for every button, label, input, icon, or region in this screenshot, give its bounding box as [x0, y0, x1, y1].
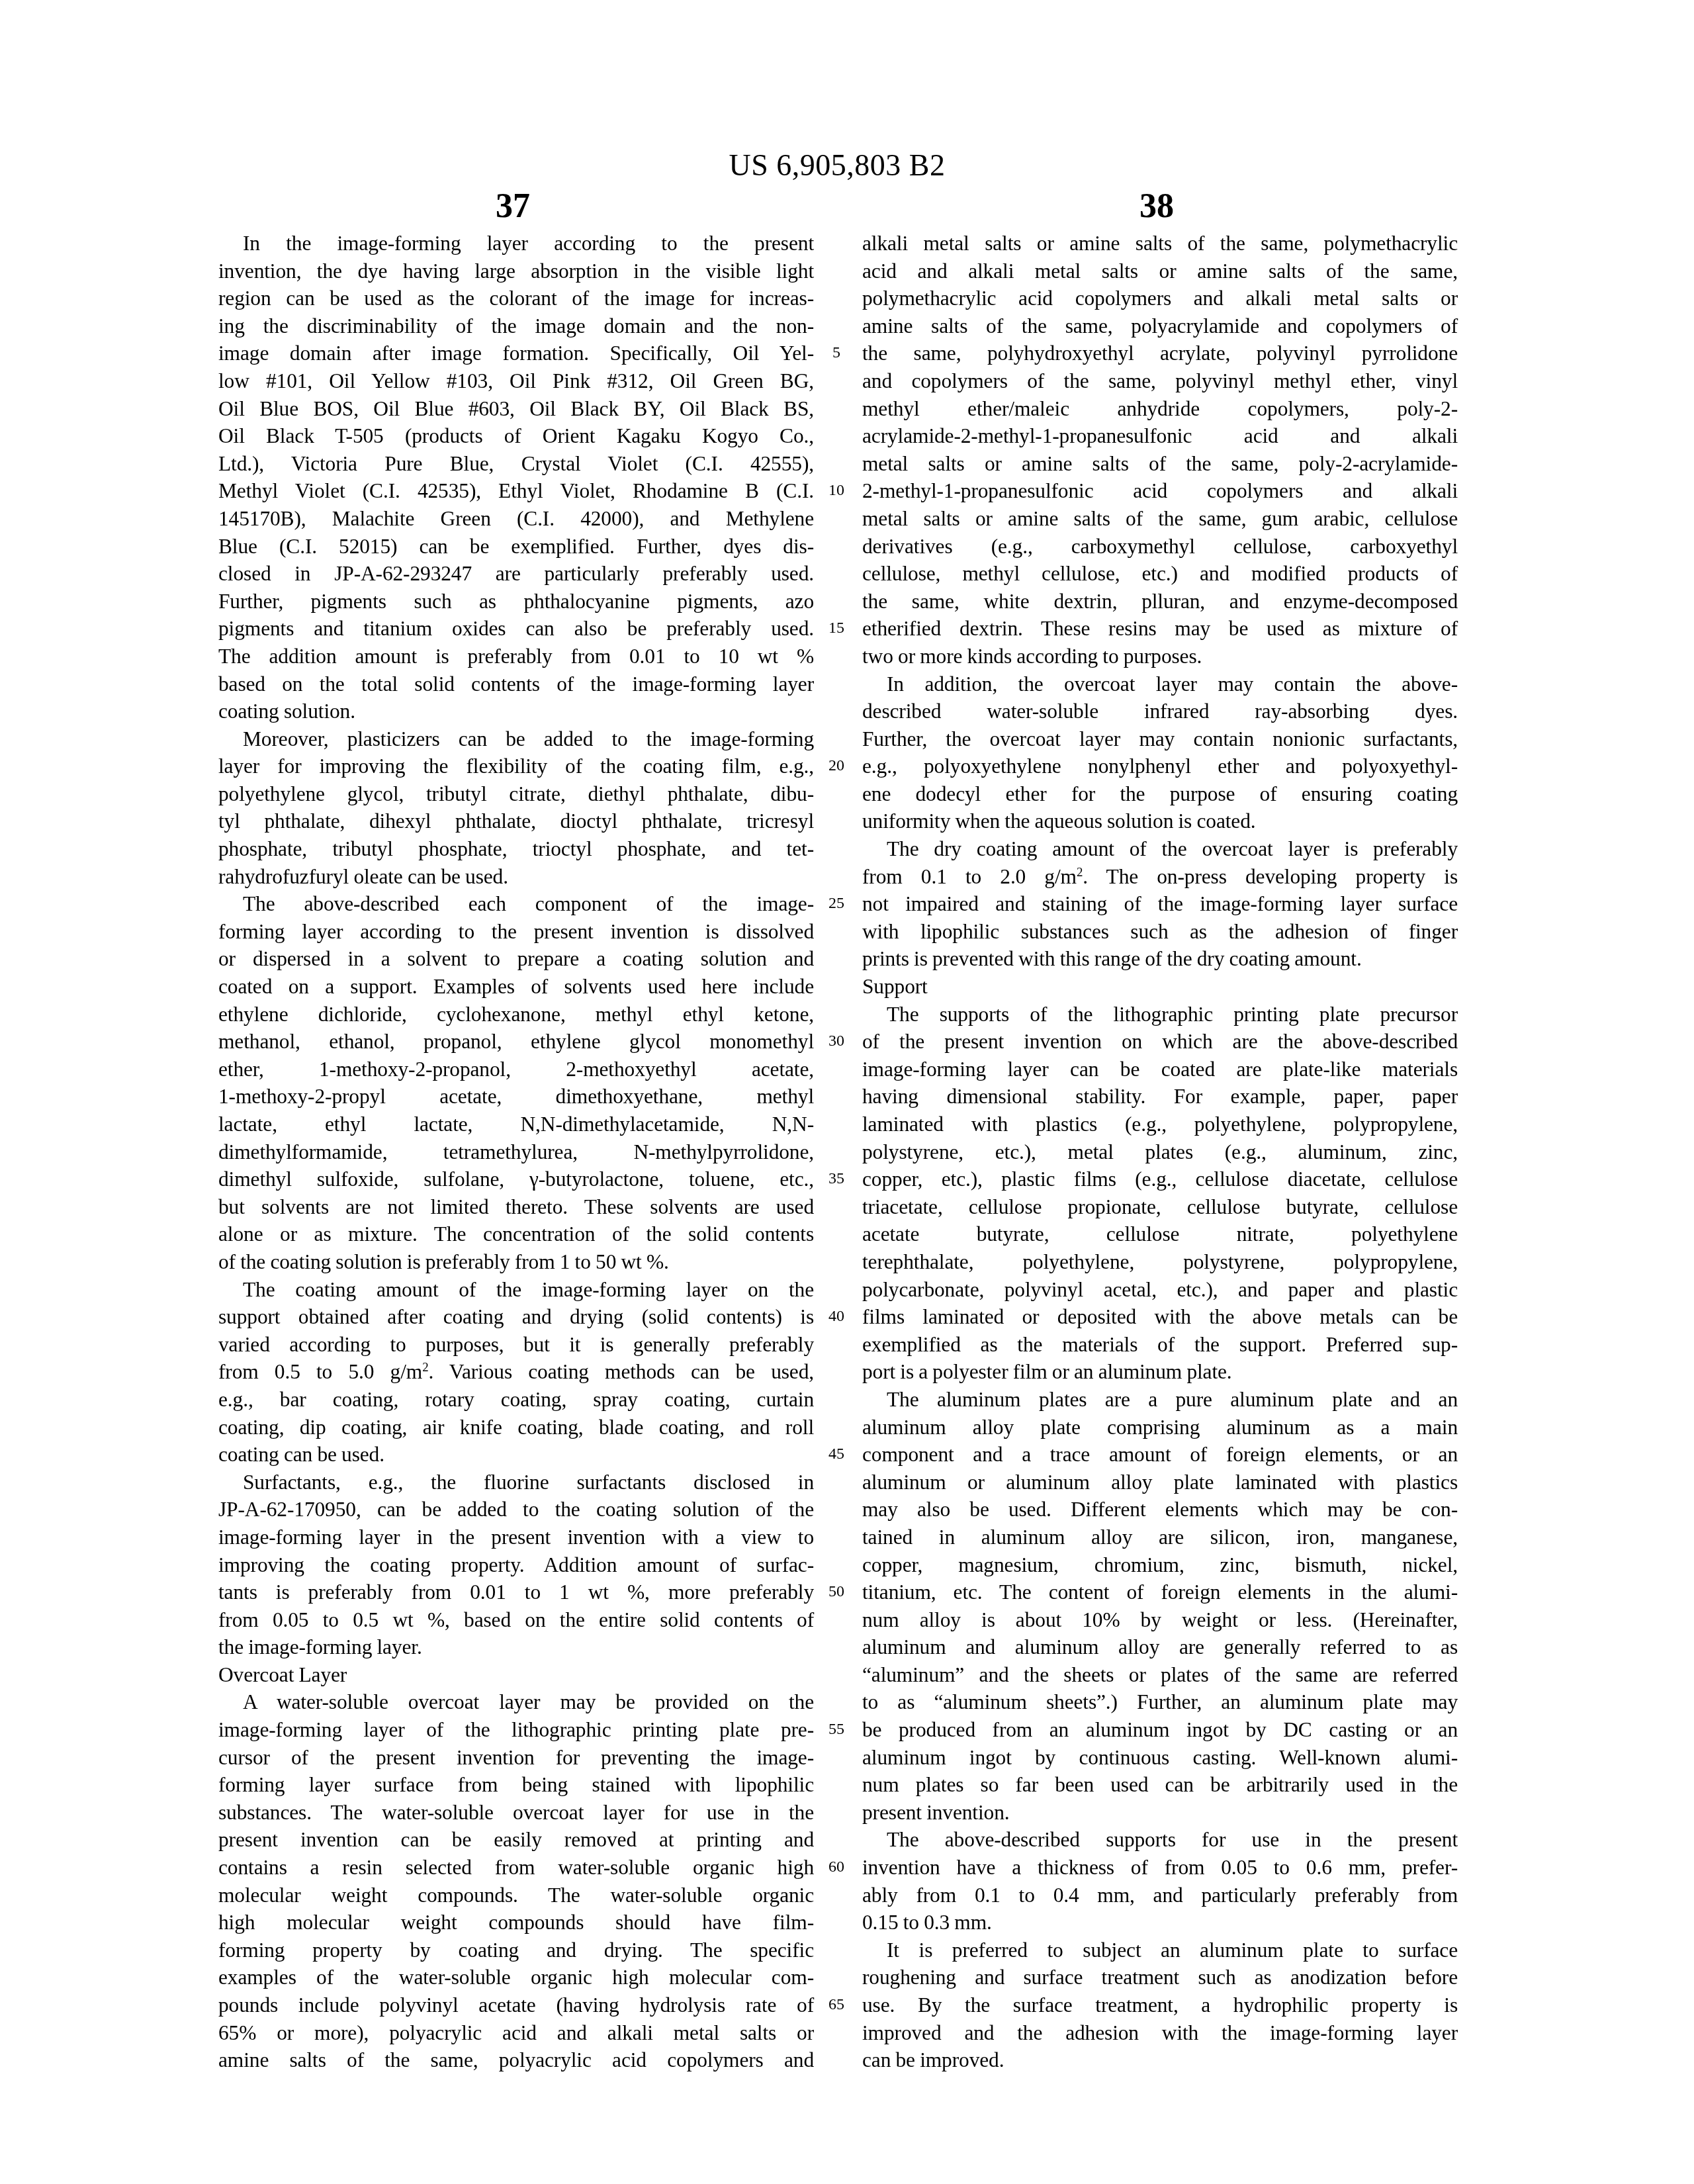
text-line: copper, etc.), plastic films (e.g., cell…: [862, 1165, 1458, 1193]
text-line: but solvents are not limited thereto. Th…: [218, 1193, 814, 1221]
text-line: Moreover, plasticizers can be added to t…: [218, 725, 814, 753]
text-line: 2-methyl-1-propanesulfonic acid copolyme…: [862, 477, 1458, 505]
text-line: Further, the overcoat layer may contain …: [862, 725, 1458, 753]
text-line: image domain after image formation. Spec…: [218, 340, 814, 367]
text-line: cellulose, methyl cellulose, etc.) and m…: [862, 560, 1458, 588]
text-line: aluminum ingot by continuous casting. We…: [862, 1744, 1458, 1772]
text-line: ether, 1-methoxy-2-propanol, 2-methoxyet…: [218, 1056, 814, 1083]
text-line: In the image-forming layer according to …: [218, 230, 814, 257]
superscript: 2: [1077, 865, 1083, 879]
text-line: tants is preferably from 0.01 to 1 wt %,…: [218, 1578, 814, 1606]
text-line: films laminated or deposited with the ab…: [862, 1303, 1458, 1331]
line-number: 50: [821, 1578, 852, 1606]
text-line: JP-A-62-170950, can be added to the coat…: [218, 1496, 814, 1524]
text-line: 145170B), Malachite Green (C.I. 42000), …: [218, 505, 814, 533]
text-line: port is a polyester film or an aluminum …: [862, 1358, 1458, 1386]
text-line: two or more kinds according to purposes.: [862, 643, 1458, 670]
text-line: low #101, Oil Yellow #103, Oil Pink #312…: [218, 367, 814, 395]
text-line: invention have a thickness of from 0.05 …: [862, 1854, 1458, 1882]
text-line: acetate butyrate, cellulose nitrate, pol…: [862, 1220, 1458, 1248]
text-line: metal salts or amine salts of the same, …: [862, 450, 1458, 478]
text-line: 1-methoxy-2-propyl acetate, dimethoxyeth…: [218, 1083, 814, 1111]
text-line: polyethylene glycol, tributyl citrate, d…: [218, 780, 814, 808]
text-line: coating can be used.: [218, 1441, 814, 1469]
text-line: having dimensional stability. For exampl…: [862, 1083, 1458, 1111]
text-line: laminated with plastics (e.g., polyethyl…: [862, 1111, 1458, 1138]
text-line: examples of the water-soluble organic hi…: [218, 1964, 814, 1991]
text-line: The addition amount is preferably from 0…: [218, 643, 814, 670]
line-number: 45: [821, 1441, 852, 1469]
text-line: The above-described supports for use in …: [862, 1826, 1458, 1854]
text-line: pigments and titanium oxides can also be…: [218, 615, 814, 643]
text-line: molecular weight compounds. The water-so…: [218, 1882, 814, 1909]
text-line: to as “aluminum sheets”.) Further, an al…: [862, 1688, 1458, 1716]
text-line: etherified dextrin. These resins may be …: [862, 615, 1458, 643]
line-number: 65: [821, 1991, 852, 2019]
text-line: tained in aluminum alloy are silicon, ir…: [862, 1524, 1458, 1551]
text-line: e.g., bar coating, rotary coating, spray…: [218, 1386, 814, 1414]
text-line: num alloy is about 10% by weight or less…: [862, 1606, 1458, 1634]
text-line: polystyrene, etc.), metal plates (e.g., …: [862, 1138, 1458, 1166]
text-line: triacetate, cellulose propionate, cellul…: [862, 1193, 1458, 1221]
text-line: ing the discriminability of the image do…: [218, 312, 814, 340]
text-line: coated on a support. Examples of solvent…: [218, 973, 814, 1001]
text-line: copper, magnesium, chromium, zinc, bismu…: [862, 1551, 1458, 1579]
text-line: amine salts of the same, polyacrylic aci…: [218, 2046, 814, 2074]
text-line: Further, pigments such as phthalocyanine…: [218, 588, 814, 615]
text-line: The supports of the lithographic printin…: [862, 1001, 1458, 1028]
text-line: aluminum or aluminum alloy plate laminat…: [862, 1469, 1458, 1496]
text-line: high molecular weight compounds should h…: [218, 1909, 814, 1936]
line-number: 40: [821, 1303, 852, 1331]
text-line: with lipophilic substances such as the a…: [862, 918, 1458, 946]
text-line: methanol, ethanol, propanol, ethylene gl…: [218, 1028, 814, 1056]
text-line: “aluminum” and the sheets or plates of t…: [862, 1661, 1458, 1689]
text-line: cursor of the present invention for prev…: [218, 1744, 814, 1772]
section-heading: Overcoat Layer: [218, 1661, 814, 1689]
line-number: 30: [821, 1028, 852, 1056]
text-line: ethylene dichloride, cyclohexanone, meth…: [218, 1001, 814, 1028]
text-line: alkali metal salts or amine salts of the…: [862, 230, 1458, 257]
text-line: metal salts or amine salts of the same, …: [862, 505, 1458, 533]
text-line: be produced from an aluminum ingot by DC…: [862, 1716, 1458, 1744]
line-number: 25: [821, 890, 852, 918]
text-line: The coating amount of the image-forming …: [218, 1276, 814, 1304]
text-line: acid and alkali metal salts or amine sal…: [862, 257, 1458, 285]
text-line: forming layer according to the present i…: [218, 918, 814, 946]
text-line: and copolymers of the same, polyvinyl me…: [862, 367, 1458, 395]
text-line: 0.15 to 0.3 mm.: [862, 1909, 1458, 1936]
text-line: roughening and surface treatment such as…: [862, 1964, 1458, 1991]
text-line: closed in JP-A-62-293247 are particularl…: [218, 560, 814, 588]
text-line: dimethyl sulfoxide, sulfolane, γ-butyrol…: [218, 1165, 814, 1193]
text-line: may also be used. Different elements whi…: [862, 1496, 1458, 1524]
text-line: It is preferred to subject an aluminum p…: [862, 1936, 1458, 1964]
text-line: num plates so far been used can be arbit…: [862, 1771, 1458, 1799]
text-line: amine salts of the same, polyacrylamide …: [862, 312, 1458, 340]
text-line: of the present invention on which are th…: [862, 1028, 1458, 1056]
text-line: e.g., polyoxyethylene nonylphenyl ether …: [862, 752, 1458, 780]
text-line: Oil Black T-505 (products of Orient Kaga…: [218, 422, 814, 450]
text-line: image-forming layer can be coated are pl…: [862, 1056, 1458, 1083]
text-line: forming layer surface from being stained…: [218, 1771, 814, 1799]
patent-number: US 6,905,803 B2: [0, 147, 1674, 184]
text-line: polymethacrylic acid copolymers and alka…: [862, 285, 1458, 312]
text-line: image-forming layer of the lithographic …: [218, 1716, 814, 1744]
line-number: 55: [821, 1716, 852, 1744]
line-number: 15: [821, 615, 852, 643]
text-line: Ltd.), Victoria Pure Blue, Crystal Viole…: [218, 450, 814, 478]
text-line: use. By the surface treatment, a hydroph…: [862, 1991, 1458, 2019]
text-line: from 0.1 to 2.0 g/m2. The on-press devel…: [862, 863, 1458, 891]
text-line: not impaired and staining of the image-f…: [862, 890, 1458, 918]
text-line: exemplified as the materials of the supp…: [862, 1331, 1458, 1359]
text-line: 65% or more), polyacrylic acid and alkal…: [218, 2019, 814, 2047]
text-line: improving the coating property. Addition…: [218, 1551, 814, 1579]
text-line: component and a trace amount of foreign …: [862, 1441, 1458, 1469]
text-line: the image-forming layer.: [218, 1633, 814, 1661]
text-line: or dispersed in a solvent to prepare a c…: [218, 945, 814, 973]
text-line: forming property by coating and drying. …: [218, 1936, 814, 1964]
text-line: support obtained after coating and dryin…: [218, 1303, 814, 1331]
line-number: 60: [821, 1854, 852, 1882]
text-line: The aluminum plates are a pure aluminum …: [862, 1386, 1458, 1414]
text-line: methyl ether/maleic anhydride copolymers…: [862, 395, 1458, 423]
text-line: polycarbonate, polyvinyl acetal, etc.), …: [862, 1276, 1458, 1304]
text-line: uniformity when the aqueous solution is …: [862, 807, 1458, 835]
superscript: 2: [422, 1361, 428, 1375]
text-line: varied according to purposes, but it is …: [218, 1331, 814, 1359]
text-line: the same, white dextrin, plluran, and en…: [862, 588, 1458, 615]
text-line: the same, polyhydroxyethyl acrylate, pol…: [862, 340, 1458, 367]
text-line: prints is prevented with this range of t…: [862, 945, 1458, 973]
text-line: from 0.05 to 0.5 wt %, based on the enti…: [218, 1606, 814, 1634]
line-number: 10: [821, 477, 852, 505]
text-line: alone or as mixture. The concentration o…: [218, 1220, 814, 1248]
text-line: The above-described each component of th…: [218, 890, 814, 918]
line-number: 35: [821, 1165, 852, 1193]
text-line: invention, the dye having large absorpti…: [218, 257, 814, 285]
text-line: terephthalate, polyethylene, polystyrene…: [862, 1248, 1458, 1276]
left-text-column: In the image-forming layer according to …: [218, 230, 814, 2074]
text-line: ene dodecyl ether for the purpose of ens…: [862, 780, 1458, 808]
column-number-left: 37: [447, 187, 579, 226]
text-line: described water-soluble infrared ray-abs…: [862, 698, 1458, 725]
text-line: rahydrofuzfuryl oleate can be used.: [218, 863, 814, 891]
text-line: coating, dip coating, air knife coating,…: [218, 1414, 814, 1441]
column-number-right: 38: [1091, 187, 1223, 226]
text-line: aluminum alloy plate comprising aluminum…: [862, 1414, 1458, 1441]
text-line: acrylamide-2-methyl-1-propanesulfonic ac…: [862, 422, 1458, 450]
text-line: coating solution.: [218, 698, 814, 725]
text-line: derivatives (e.g., carboxymethyl cellulo…: [862, 533, 1458, 561]
text-line: image-forming layer in the present inven…: [218, 1524, 814, 1551]
text-line: Oil Blue BOS, Oil Blue #603, Oil Black B…: [218, 395, 814, 423]
text-line: Methyl Violet (C.I. 42535), Ethyl Violet…: [218, 477, 814, 505]
text-line: of the coating solution is preferably fr…: [218, 1248, 814, 1276]
line-number: 20: [821, 752, 852, 780]
text-line: phosphate, tributyl phosphate, trioctyl …: [218, 835, 814, 863]
text-line: lactate, ethyl lactate, N,N-dimethylacet…: [218, 1111, 814, 1138]
text-line: The dry coating amount of the overcoat l…: [862, 835, 1458, 863]
line-number: 5: [821, 340, 852, 367]
text-line: pounds include polyvinyl acetate (having…: [218, 1991, 814, 2019]
text-line: Blue (C.I. 52015) can be exemplified. Fu…: [218, 533, 814, 561]
text-line: tyl phthalate, dihexyl phthalate, diocty…: [218, 807, 814, 835]
text-line: substances. The water-soluble overcoat l…: [218, 1799, 814, 1827]
text-line: ably from 0.1 to 0.4 mm, and particularl…: [862, 1882, 1458, 1909]
text-line: layer for improving the flexibility of t…: [218, 752, 814, 780]
text-line: aluminum and aluminum alloy are generall…: [862, 1633, 1458, 1661]
text-line: Surfactants, e.g., the fluorine surfacta…: [218, 1469, 814, 1496]
text-line: present invention.: [862, 1799, 1458, 1827]
text-line: present invention can be easily removed …: [218, 1826, 814, 1854]
text-line: improved and the adhesion with the image…: [862, 2019, 1458, 2047]
text-line: contains a resin selected from water-sol…: [218, 1854, 814, 1882]
text-line: dimethylformamide, tetramethylurea, N-me…: [218, 1138, 814, 1166]
text-line: from 0.5 to 5.0 g/m2. Various coating me…: [218, 1358, 814, 1386]
text-line: can be improved.: [862, 2046, 1458, 2074]
right-text-column: alkali metal salts or amine salts of the…: [862, 230, 1458, 2074]
text-line: A water-soluble overcoat layer may be pr…: [218, 1688, 814, 1716]
text-line: based on the total solid contents of the…: [218, 670, 814, 698]
text-line: titanium, etc. The content of foreign el…: [862, 1578, 1458, 1606]
text-line: region can be used as the colorant of th…: [218, 285, 814, 312]
text-line: In addition, the overcoat layer may cont…: [862, 670, 1458, 698]
section-heading: Support: [862, 973, 1458, 1001]
